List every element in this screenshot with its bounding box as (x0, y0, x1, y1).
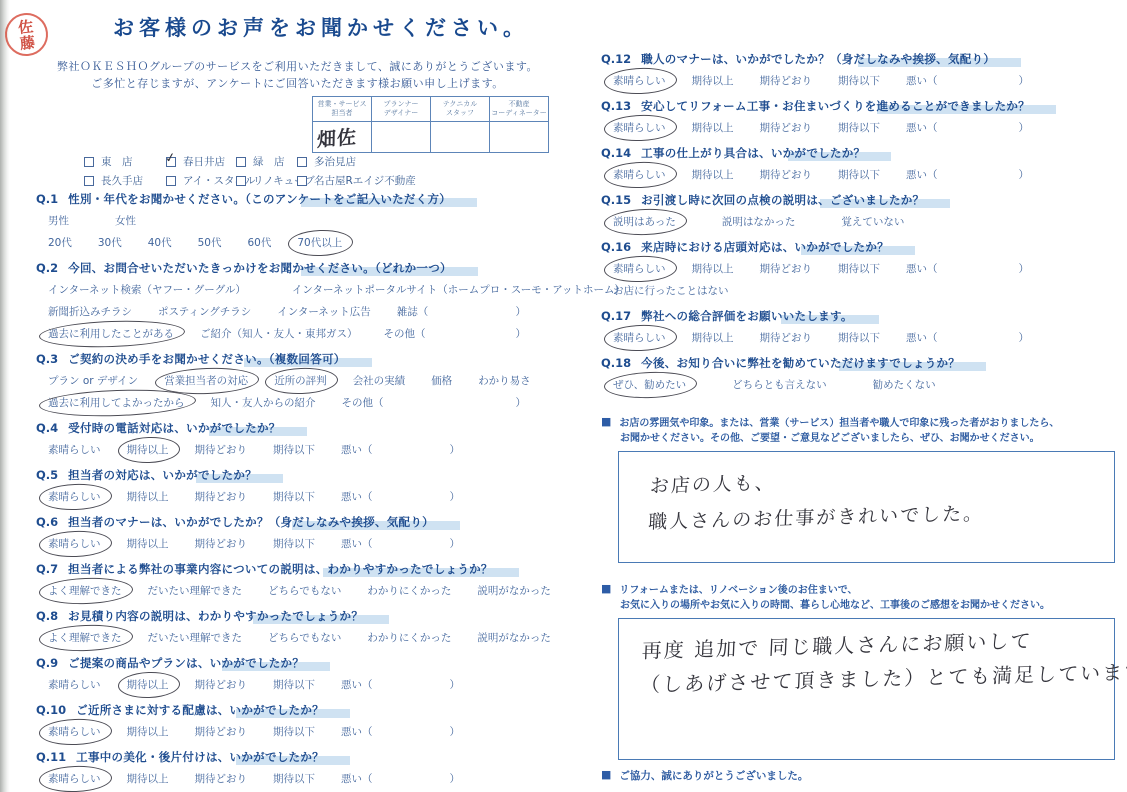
answer-option[interactable]: 期待以上 (127, 536, 169, 552)
answer-option[interactable]: 30代 (98, 235, 122, 251)
question-q14: Q.14工事の仕上がり具合は、いかがでしたか？素晴らしい期待以上期待どおり期待以… (601, 144, 1115, 183)
answer-option[interactable]: その他（ (342, 395, 384, 411)
question-q11: Q.11工事中の美化・後片付けは、いかがでしたか？素晴らしい期待以上期待どおり期… (36, 748, 546, 787)
staff-entry-cell[interactable] (490, 122, 549, 153)
closing-thanks: ■ご協力、誠にありがとうございました。 (601, 768, 808, 783)
answer-option[interactable]: 40代 (148, 235, 172, 251)
branch-label: 東 店 (101, 154, 133, 169)
staff-entry-cell[interactable]: 畑佐 (313, 122, 372, 153)
question-title-line: Q.3ご契約の決め手をお聞かせください。（複数回答可） (36, 350, 546, 367)
answer-option[interactable]: だいたい理解できた (148, 583, 243, 599)
comment-prompt-line: リフォームまたは、リノベーション後のお住まいで、 (619, 585, 857, 596)
question-title-line: Q.11工事中の美化・後片付けは、いかがでしたか？ (36, 748, 546, 765)
question-title: 受付時の電話対応は、いかがでしたか？ (68, 421, 280, 435)
question-q6: Q.6担当者のマナーは、いかがでしたか？（身だしなみや挨拶、気配り）素晴らしい期… (36, 513, 546, 552)
answer-option-circled[interactable]: 70代以上 (297, 235, 342, 251)
answer-option[interactable]: 期待どおり (195, 771, 248, 787)
answer-option[interactable]: どちらでもない (268, 583, 341, 599)
answer-option[interactable]: 悪い（ (341, 442, 373, 458)
answer-option[interactable]: 悪い（ (341, 536, 373, 552)
question-title-line: Q.8お見積り内容の説明は、わかりやすかったでしょうか？ (36, 607, 546, 624)
answer-option[interactable]: だいたい理解できた (148, 630, 243, 646)
square-bullet-icon: ■ (601, 768, 611, 781)
option-row: 素晴らしい期待以上期待どおり期待以下悪い（） (601, 73, 1115, 89)
answer-option[interactable]: 素晴らしい (48, 442, 101, 458)
option-row: インターネット検索（ヤフー・グーグル）インターネットポータルサイト（ホームプロ・… (36, 282, 546, 298)
option-row: 素晴らしい期待以上期待どおり期待以下悪い（） (36, 677, 546, 693)
answer-option[interactable]: 60代 (248, 235, 272, 251)
answer-option[interactable]: 悪い（ (341, 489, 373, 505)
answer-option-circled[interactable]: 過去に利用してよかったから (48, 395, 185, 411)
option-row: 素晴らしい期待以上期待どおり期待以下悪い（） (601, 330, 1115, 346)
question-title: 弊社への総合評価をお願いいたします。 (641, 309, 852, 323)
answer-option[interactable]: 期待どおり (195, 489, 248, 505)
close-paren: ） (1019, 120, 1030, 136)
intro-line-2: ご多忙と存じますが、アンケートにご回答いただきます様お願い申し上げます。 (55, 75, 540, 92)
checkbox-icon[interactable] (297, 157, 307, 167)
checkbox-icon[interactable] (84, 157, 94, 167)
answer-option[interactable]: 説明がなかった (477, 630, 551, 646)
checkbox-icon[interactable]: ✓ (166, 157, 176, 167)
question-number: Q.18 (601, 356, 631, 370)
question-number: Q.9 (36, 656, 58, 670)
staff-entry-cell[interactable] (372, 122, 431, 153)
answer-option[interactable]: 知人・友人からの紹介 (211, 395, 316, 411)
answer-option[interactable]: 期待以上 (692, 330, 734, 346)
answer-option[interactable]: 会社の実績 (353, 373, 406, 389)
answer-option[interactable]: 素晴らしい (48, 677, 101, 693)
answer-option[interactable]: 悪い（ (341, 677, 373, 693)
answer-option[interactable]: その他（ (384, 326, 426, 342)
answer-option[interactable]: 悪い（ (341, 771, 373, 787)
question-title-line: Q.4受付時の電話対応は、いかがでしたか？ (36, 419, 546, 436)
question-number: Q.2 (36, 261, 58, 275)
branch-label: 長久手店 (101, 173, 143, 188)
comment-prompt-line: お気に入りの場所やお気に入りの時間、暮らし心地など、工事後のご感想をお聞かせくだ… (601, 599, 1117, 614)
answer-option[interactable]: 期待どおり (760, 73, 813, 89)
answer-option[interactable]: わかりにくかった (367, 583, 451, 599)
answer-option[interactable]: 期待どおり (195, 724, 248, 740)
question-number: Q.11 (36, 750, 66, 764)
comment-prompt-line: お店の雰囲気や印象。または、営業（サービス）担当者や職人で印象に残った者がおりま… (619, 418, 1059, 429)
handwritten-check-icon: ✓ (164, 150, 177, 167)
answer-option[interactable]: どちらとも言えない (732, 377, 827, 393)
checkbox-icon[interactable] (236, 176, 246, 186)
option-row: 素晴らしい期待以上期待どおり期待以下悪い（） (36, 724, 546, 740)
question-q3: Q.3ご契約の決め手をお聞かせください。（複数回答可）プラン or デザイン営業… (36, 350, 546, 411)
question-title-line: Q.9ご提案の商品やプランは、いかがでしたか？ (36, 654, 546, 671)
close-paren: ） (1019, 167, 1030, 183)
question-q12: Q.12職人のマナーは、いかがでしたか？（身だしなみや挨拶、気配り）素晴らしい期… (601, 50, 1115, 89)
answer-option[interactable]: 期待どおり (760, 120, 813, 136)
answer-option-circled[interactable]: 素晴らしい (48, 489, 101, 505)
branch-row: 東 店✓春日井店緑 店多治見店 (84, 154, 416, 169)
question-title-line: Q.5担当者の対応は、いかがでしたか？ (36, 466, 546, 483)
answer-option[interactable]: 期待以上 (692, 73, 734, 89)
question-title-line: Q.7担当者による弊社の事業内容についての説明は、わかりやすかったでしょうか？ (36, 560, 546, 577)
close-paren: ） (1019, 330, 1030, 346)
close-paren: ） (516, 326, 527, 342)
question-number: Q.5 (36, 468, 58, 482)
question-q13: Q.13安心してリフォーム工事・お住まいづくりを進めることができましたか？素晴ら… (601, 97, 1115, 136)
option-row: 素晴らしい期待以上期待どおり期待以下悪い（） (36, 771, 546, 787)
answer-option-circled[interactable]: 期待以上 (127, 442, 169, 458)
option-row: 素晴らしい期待以上期待どおり期待以下悪い（） (36, 442, 546, 458)
checkbox-icon[interactable] (236, 157, 246, 167)
staff-entry-cell[interactable] (431, 122, 490, 153)
close-paren: ） (450, 536, 461, 552)
answer-option-circled[interactable]: ぜひ、勧めたい (613, 377, 686, 393)
question-title: お引渡し時に次回の点検の説明は、ございましたか？ (641, 193, 924, 207)
answer-option[interactable]: 説明はなかった (722, 214, 796, 230)
checkbox-icon[interactable] (84, 176, 94, 186)
question-title: 今後、お知り合いに弊社を勧めていただけますでしょうか？ (641, 356, 960, 370)
comment-prompt: ■リフォームまたは、リノベーション後のお住まいで、 お気に入りの場所やお気に入り… (601, 581, 1117, 613)
answer-option-circled[interactable]: 素晴らしい (48, 771, 101, 787)
question-title: 担当者のマナーは、いかがでしたか？（身だしなみや挨拶、気配り） (68, 515, 434, 529)
question-title-line: Q.13安心してリフォーム工事・お住まいづくりを進めることができましたか？ (601, 97, 1115, 114)
answer-option[interactable]: 20代 (48, 235, 72, 251)
question-q9: Q.9ご提案の商品やプランは、いかがでしたか？素晴らしい期待以上期待どおり期待以… (36, 654, 546, 693)
answer-option[interactable]: 期待どおり (760, 261, 813, 277)
close-paren: ） (450, 724, 461, 740)
option-row: 説明はあった説明はなかった覚えていない (601, 214, 1115, 230)
answer-option[interactable]: 期待以上 (692, 120, 734, 136)
answer-option-circled[interactable]: よく理解できた (48, 583, 122, 599)
comment-box-impressions[interactable]: お店の人も、 職人さんのお仕事がきれいでした。 (618, 451, 1115, 563)
handwritten-comment: 再度 追加で 同じ職人さんにお願いして （しあげさせて頂きました）とても満足して… (640, 620, 1127, 702)
question-number: Q.17 (601, 309, 631, 323)
question-number: Q.13 (601, 99, 631, 113)
question-number: Q.6 (36, 515, 58, 529)
square-bullet-icon: ■ (601, 582, 611, 595)
square-bullet-icon: ■ (601, 415, 611, 428)
question-q15: Q.15お引渡し時に次回の点検の説明は、ございましたか？説明はあった説明はなかっ… (601, 191, 1115, 230)
branch-label: 春日井店 (183, 154, 225, 169)
answer-option[interactable]: 悪い（ (906, 73, 938, 89)
comment-prompt-line: お聞かせください。その他、ご要望・ご意見などございましたら、ぜひ、お聞かせくださ… (601, 432, 1117, 447)
handwritten-comment: お店の人も、 職人さんのお仕事がきれいでした。 (647, 460, 986, 541)
answer-option[interactable]: 期待以上 (127, 771, 169, 787)
answer-option[interactable]: 期待どおり (195, 677, 248, 693)
staff-column-header: 営業・サービス担当者 (313, 97, 372, 122)
close-paren: ） (450, 677, 461, 693)
answer-option[interactable]: 新聞折込みチラシ (48, 304, 132, 320)
answer-option[interactable]: 期待以下 (838, 261, 880, 277)
answer-option[interactable]: 悪い（ (906, 330, 938, 346)
question-q10: Q.10ご近所さまに対する配慮は、いかがでしたか？素晴らしい期待以上期待どおり期… (36, 701, 546, 740)
answer-option[interactable]: お店に行ったことはない (613, 283, 729, 299)
answer-option[interactable]: 説明がなかった (477, 583, 551, 599)
answer-option[interactable]: インターネットポータルサイト（ホームプロ・スーモ・アットホーム） (292, 282, 625, 298)
handwritten-staff-name: 畑佐 (313, 122, 357, 153)
answer-option-circled[interactable]: 素晴らしい (613, 261, 666, 277)
question-title-line: Q.14工事の仕上がり具合は、いかがでしたか？ (601, 144, 1115, 161)
answer-option[interactable]: 悪い（ (906, 120, 938, 136)
question-title-line: Q.10ご近所さまに対する配慮は、いかがでしたか？ (36, 701, 546, 718)
answer-option-circled[interactable]: 素晴らしい (48, 536, 101, 552)
question-number: Q.14 (601, 146, 631, 160)
question-title-line: Q.2今回、お問合せいただいたきっかけをお聞かせください。（どれか一つ） (36, 259, 546, 276)
answer-option[interactable]: 悪い（ (341, 724, 373, 740)
questions-column-right: Q.12職人のマナーは、いかがでしたか？（身だしなみや挨拶、気配り）素晴らしい期… (601, 50, 1115, 401)
answer-option[interactable]: インターネット広告 (277, 304, 371, 320)
answer-option[interactable]: 男性 (48, 213, 69, 229)
question-number: Q.4 (36, 421, 58, 435)
question-number: Q.7 (36, 562, 58, 576)
question-title: 来店時における店頭対応は、いかがでしたか？ (641, 240, 889, 254)
question-title: ご近所さまに対する配慮は、いかがでしたか？ (76, 703, 324, 717)
question-number: Q.1 (36, 192, 58, 206)
answer-option[interactable]: 女性 (115, 213, 136, 229)
page-title: お客様のお声をお聞かせください。 (113, 12, 529, 42)
branch-row: 長久手店アイ・スタイルリノキューブ名古屋Rエイジ不動産 (84, 173, 416, 188)
branch-label: 多治見店 (314, 154, 356, 169)
question-number: Q.8 (36, 609, 58, 623)
option-row: 過去に利用してよかったから知人・友人からの紹介その他（） (36, 395, 546, 411)
option-row: 素晴らしい期待以上期待どおり期待以下悪い（） (601, 261, 1115, 277)
option-row: 素晴らしい期待以上期待どおり期待以下悪い（） (601, 167, 1115, 183)
question-q16: Q.16来店時における店頭対応は、いかがでしたか？素晴らしい期待以上期待どおり期… (601, 238, 1115, 299)
answer-option-circled[interactable]: 過去に利用したことがある (48, 326, 174, 342)
question-q17: Q.17弊社への総合評価をお願いいたします。素晴らしい期待以上期待どおり期待以下… (601, 307, 1115, 346)
answer-option[interactable]: 期待以下 (838, 73, 880, 89)
answer-option-circled[interactable]: 営業担当者の対応 (164, 373, 248, 389)
hanko-stamp-text: 佐藤 (14, 17, 38, 51)
branch-option[interactable]: リノキューブ (236, 173, 297, 188)
branch-option[interactable]: 東 店 (84, 154, 166, 169)
answer-option-circled[interactable]: 素晴らしい (613, 167, 666, 183)
answer-option[interactable]: 覚えていない (841, 214, 904, 230)
question-q2: Q.2今回、お問合せいただいたきっかけをお聞かせください。（どれか一つ）インター… (36, 259, 546, 342)
branch-option[interactable]: アイ・スタイル (166, 173, 236, 188)
option-row: 20代30代40代50代60代70代以上 (36, 235, 546, 251)
answer-option[interactable]: わかりにくかった (367, 630, 451, 646)
question-title: ご契約の決め手をお聞かせください。（複数回答可） (68, 352, 345, 366)
answer-option-circled[interactable]: 説明はあった (613, 214, 676, 230)
answer-option[interactable]: 期待以上 (127, 489, 169, 505)
comment-section-impressions: ■お店の雰囲気や印象。または、営業（サービス）担当者や職人で印象に残った者がおり… (601, 414, 1117, 563)
question-title: 今回、お問合せいただいたきっかけをお聞かせください。（どれか一つ） (68, 261, 452, 275)
comment-section-after-works: ■リフォームまたは、リノベーション後のお住まいで、 お気に入りの場所やお気に入り… (601, 581, 1117, 760)
answer-option-circled[interactable]: 素晴らしい (48, 724, 101, 740)
checkbox-icon[interactable] (297, 176, 307, 186)
answer-option[interactable]: 悪い（ (906, 167, 938, 183)
question-q4: Q.4受付時の電話対応は、いかがでしたか？素晴らしい期待以上期待どおり期待以下悪… (36, 419, 546, 458)
answer-option[interactable]: 期待以下 (838, 330, 880, 346)
answer-option[interactable]: 期待以上 (127, 724, 169, 740)
answer-option[interactable]: 期待どおり (195, 442, 248, 458)
staff-column-header: プランナーデザイナー (372, 97, 431, 122)
answer-option[interactable]: 期待以下 (838, 120, 880, 136)
option-row: ぜひ、勧めたいどちらとも言えない勧めたくない (601, 377, 1115, 393)
question-q18: Q.18今後、お知り合いに弊社を勧めていただけますでしょうか？ぜひ、勧めたいどち… (601, 354, 1115, 393)
question-title: ご提案の商品やプランは、いかがでしたか？ (68, 656, 304, 670)
answer-option[interactable]: プラン or デザイン (48, 373, 138, 389)
questions-column-left: Q.1性別・年代をお聞かせください。（このアンケートをご記入いただく方）男性女性… (36, 190, 546, 792)
answer-option[interactable]: わかり易さ (478, 373, 531, 389)
answer-option[interactable]: 雑誌（ (397, 304, 429, 320)
question-number: Q.12 (601, 52, 631, 66)
answer-option[interactable]: 価格 (431, 373, 452, 389)
answer-option-circled[interactable]: よく理解できた (48, 630, 122, 646)
answer-option[interactable]: 期待以上 (692, 167, 734, 183)
option-row: プラン or デザイン営業担当者の対応近所の評判会社の実績価格わかり易さ (36, 373, 546, 389)
answer-option[interactable]: 50代 (198, 235, 222, 251)
branch-option[interactable]: 名古屋Rエイジ不動産 (297, 173, 416, 188)
close-paren: ） (1019, 261, 1030, 277)
branch-option[interactable]: 緑 店 (236, 154, 297, 169)
branch-option[interactable]: ✓春日井店 (166, 154, 236, 169)
question-number: Q.15 (601, 193, 631, 207)
answer-option[interactable]: 期待どおり (195, 536, 248, 552)
intro-line-1: 弊社ＯＫＥＳＨＯグループのサービスをご利用いただきまして、誠にありがとうございま… (55, 58, 540, 75)
question-title-line: Q.16来店時における店頭対応は、いかがでしたか？ (601, 238, 1115, 255)
answer-option[interactable]: どちらでもない (268, 630, 341, 646)
branch-option[interactable]: 長久手店 (84, 173, 166, 188)
answer-option-circled[interactable]: 期待以上 (127, 677, 169, 693)
question-title-line: Q.18今後、お知り合いに弊社を勧めていただけますでしょうか？ (601, 354, 1115, 371)
question-title: 性別・年代をお聞かせください。（このアンケートをご記入いただく方） (68, 192, 451, 206)
option-row: 素晴らしい期待以上期待どおり期待以下悪い（） (36, 536, 546, 552)
question-title: 担当者の対応は、いかがでしたか？ (68, 468, 257, 482)
handwriting-line: 職人さんのお仕事がきれいでした。 (647, 496, 984, 541)
answer-option[interactable]: 悪い（ (906, 261, 938, 277)
question-title: お見積り内容の説明は、わかりやすかったでしょうか？ (68, 609, 363, 623)
question-title-line: Q.6担当者のマナーは、いかがでしたか？（身だしなみや挨拶、気配り） (36, 513, 546, 530)
answer-option-circled[interactable]: 素晴らしい (613, 73, 666, 89)
question-q7: Q.7担当者による弊社の事業内容についての説明は、わかりやすかったでしょうか？よ… (36, 560, 546, 599)
option-row: 男性女性 (36, 213, 546, 229)
question-title-line: Q.15お引渡し時に次回の点検の説明は、ございましたか？ (601, 191, 1115, 208)
branch-label: 緑 店 (253, 154, 285, 169)
close-paren: ） (516, 304, 527, 320)
answer-option-circled[interactable]: 近所の評判 (274, 373, 327, 389)
branch-checkbox-group: 東 店✓春日井店緑 店多治見店長久手店アイ・スタイルリノキューブ名古屋Rエイジ不… (84, 154, 416, 192)
answer-option[interactable]: 期待どおり (760, 330, 813, 346)
question-title: 工事中の美化・後片付けは、いかがでしたか？ (76, 750, 324, 764)
answer-option[interactable]: 期待以下 (273, 771, 315, 787)
comment-box-after-works[interactable]: 再度 追加で 同じ職人さんにお願いして （しあげさせて頂きました）とても満足して… (618, 618, 1115, 760)
branch-label: 名古屋Rエイジ不動産 (314, 173, 416, 188)
answer-option[interactable]: 期待以下 (838, 167, 880, 183)
scan-page-edge (0, 0, 10, 792)
question-title: 安心してリフォーム工事・お住まいづくりを進めることができましたか？ (641, 99, 1030, 113)
answer-option[interactable]: インターネット検索（ヤフー・グーグル） (48, 282, 246, 298)
option-row: 素晴らしい期待以上期待どおり期待以下悪い（） (601, 120, 1115, 136)
question-number: Q.16 (601, 240, 631, 254)
question-title-line: Q.17弊社への総合評価をお願いいたします。 (601, 307, 1115, 324)
close-paren: ） (450, 771, 461, 787)
answer-option[interactable]: 期待どおり (760, 167, 813, 183)
option-row: 過去に利用したことがあるご紹介（知人・友人・東邦ガス）その他（） (36, 326, 546, 342)
option-row: お店に行ったことはない (601, 283, 1115, 299)
question-title: 職人のマナーは、いかがでしたか？（身だしなみや挨拶、気配り） (641, 52, 995, 66)
question-title: 担当者による弊社の事業内容についての説明は、わかりやすかったでしょうか？ (68, 562, 493, 576)
question-title-line: Q.12職人のマナーは、いかがでしたか？（身だしなみや挨拶、気配り） (601, 50, 1115, 67)
staff-column-header: 不動産コーディネーター (490, 97, 549, 122)
option-row: よく理解できただいたい理解できたどちらでもないわかりにくかった説明がなかった (36, 630, 546, 646)
checkbox-icon[interactable] (166, 176, 176, 186)
answer-option[interactable]: 期待以下 (273, 489, 315, 505)
staff-table: 営業・サービス担当者プランナーデザイナーテクニカルスタッフ不動産コーディネーター… (312, 96, 549, 153)
answer-option[interactable]: 期待以下 (273, 442, 315, 458)
answer-option[interactable]: 勧めたくない (873, 377, 936, 393)
question-number: Q.3 (36, 352, 58, 366)
option-row: 素晴らしい期待以上期待どおり期待以下悪い（） (36, 489, 546, 505)
intro-text: 弊社ＯＫＥＳＨＯグループのサービスをご利用いただきまして、誠にありがとうございま… (55, 58, 540, 92)
option-row: よく理解できただいたい理解できたどちらでもないわかりにくかった説明がなかった (36, 583, 546, 599)
answer-option-circled[interactable]: 素晴らしい (613, 120, 666, 136)
question-q8: Q.8お見積り内容の説明は、わかりやすかったでしょうか？よく理解できただいたい理… (36, 607, 546, 646)
answer-option[interactable]: 期待以下 (273, 677, 315, 693)
closing-thanks-text: ご協力、誠にありがとうございました。 (619, 770, 808, 782)
question-q5: Q.5担当者の対応は、いかがでしたか？素晴らしい期待以上期待どおり期待以下悪い（… (36, 466, 546, 505)
question-title-line: Q.1性別・年代をお聞かせください。（このアンケートをご記入いただく方） (36, 190, 546, 207)
question-title: 工事の仕上がり具合は、いかがでしたか？ (641, 146, 865, 160)
answer-option[interactable]: 期待以下 (273, 724, 315, 740)
option-row: 新聞折込みチラシポスティングチラシインターネット広告雑誌（） (36, 304, 546, 320)
close-paren: ） (450, 442, 461, 458)
close-paren: ） (516, 395, 527, 411)
staff-column-header: テクニカルスタッフ (431, 97, 490, 122)
branch-option[interactable]: 多治見店 (297, 154, 416, 169)
answer-option-circled[interactable]: 素晴らしい (613, 330, 666, 346)
answer-option[interactable]: 期待以上 (692, 261, 734, 277)
answer-option[interactable]: 期待以下 (273, 536, 315, 552)
comment-prompt: ■お店の雰囲気や印象。または、営業（サービス）担当者や職人で印象に残った者がおり… (601, 414, 1117, 446)
answer-option[interactable]: ご紹介（知人・友人・東邦ガス） (200, 326, 358, 342)
close-paren: ） (1019, 73, 1030, 89)
question-q1: Q.1性別・年代をお聞かせください。（このアンケートをご記入いただく方）男性女性… (36, 190, 546, 251)
answer-option[interactable]: ポスティングチラシ (158, 304, 251, 320)
close-paren: ） (450, 489, 461, 505)
question-number: Q.10 (36, 703, 66, 717)
